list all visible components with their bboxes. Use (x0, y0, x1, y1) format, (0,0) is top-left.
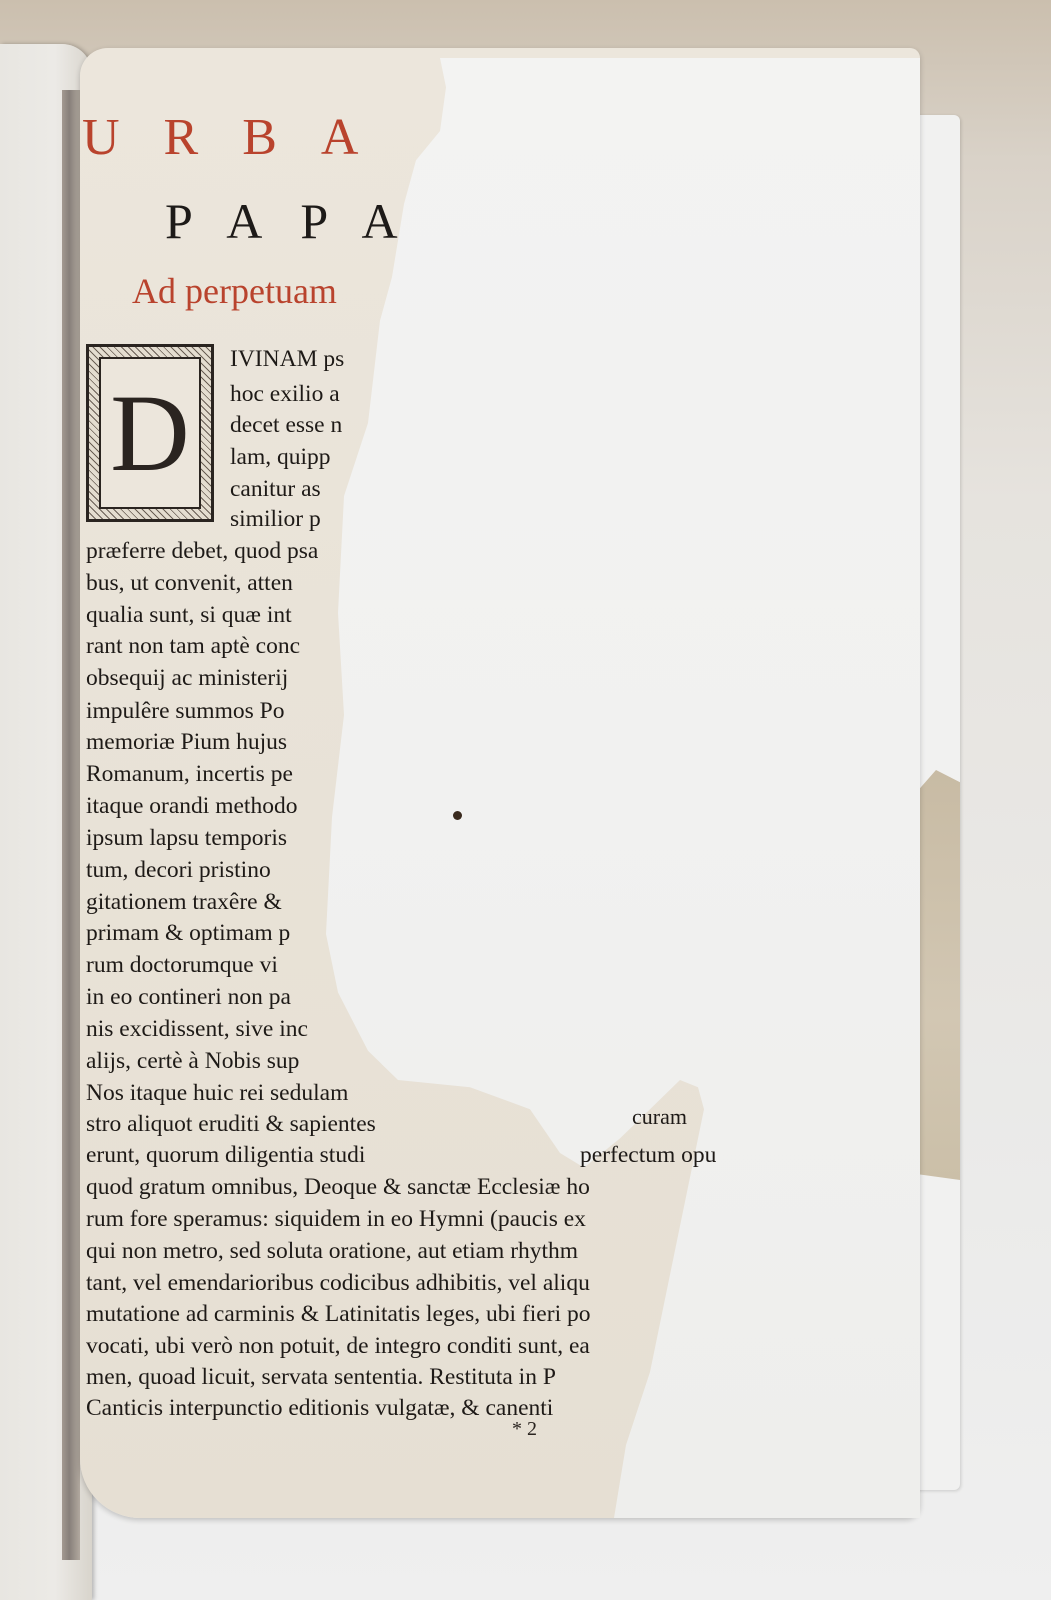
text-line: bus, ut convenit, atten (86, 572, 293, 596)
text-line: stro aliquot eruditi & sapientes (86, 1113, 376, 1137)
text-line: men, quoad licuit, servata sententia. Re… (86, 1366, 556, 1390)
text-line: in eo contineri non pa (86, 986, 291, 1010)
text-line: rant non tam aptè conc (86, 635, 300, 659)
text-line: itaque orandi methodo (86, 795, 297, 819)
text-line: obsequij ac ministerij (86, 667, 288, 691)
text-line: similior p (230, 508, 321, 532)
text-line: rum fore speramus: siquidem in eo Hymni … (86, 1208, 586, 1232)
book-gutter (62, 90, 80, 1560)
text-line: nis excidissent, sive inc (86, 1018, 308, 1042)
text-line: tant, vel emendarioribus codicibus adhib… (86, 1272, 590, 1296)
text-line: alijs, certè à Nobis sup (86, 1050, 299, 1074)
text-line: Romanum, incertis pe (86, 763, 293, 787)
text-line: gitationem traxêre & (86, 891, 282, 915)
text-line: ipsum lapsu temporis (86, 827, 287, 851)
pinhole (453, 811, 462, 820)
text-line: quod gratum omnibus, Deoque & sanctæ Ecc… (86, 1176, 590, 1200)
text-line: rum doctorumque vi (86, 954, 278, 978)
drop-cap-letter: D (99, 357, 201, 509)
text-line: qui non metro, sed soluta oratione, aut … (86, 1240, 578, 1264)
text-fragment: perfectum opu (580, 1144, 716, 1168)
signature-mark: * 2 (512, 1418, 537, 1441)
text-line: canitur as (230, 478, 321, 502)
text-line: Nos itaque huic rei sedulam (86, 1082, 348, 1106)
text-line: hoc exilio a (230, 383, 340, 407)
text-line: primam & optimam p (86, 922, 290, 946)
text-fragment: curam (632, 1106, 687, 1128)
text-line: qualia sunt, si quæ int (86, 604, 292, 628)
text-line: erunt, quorum diligentia studi (86, 1144, 365, 1168)
text-line: tum, decori pristino (86, 859, 271, 883)
text-line: decet esse n (230, 414, 342, 438)
text-line: Canticis interpunctio editionis vulgatæ,… (86, 1397, 553, 1421)
text-line: mutatione ad carminis & Latinitatis lege… (86, 1303, 590, 1327)
text-line: lam, quipp (230, 446, 331, 470)
text-line: præferre debet, quod psa (86, 540, 318, 564)
text-line: IVINAM ps (230, 348, 344, 372)
text-line: impulêre summos Po (86, 700, 284, 724)
text-line: vocati, ubi verò non potuit, de integro … (86, 1335, 590, 1359)
decorated-drop-cap: D (86, 344, 214, 522)
text-line: memoriæ Pium hujus (86, 731, 287, 755)
